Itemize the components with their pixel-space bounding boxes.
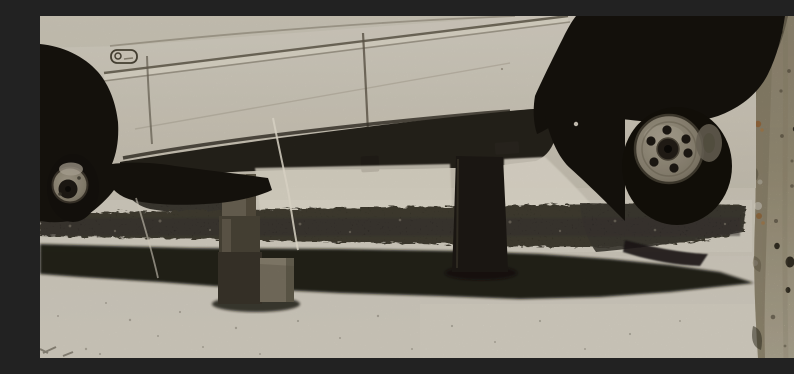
car-on-blocks-photograph: Black-and-white photograph of a light-to… [40,16,794,358]
film-grain [40,16,794,358]
